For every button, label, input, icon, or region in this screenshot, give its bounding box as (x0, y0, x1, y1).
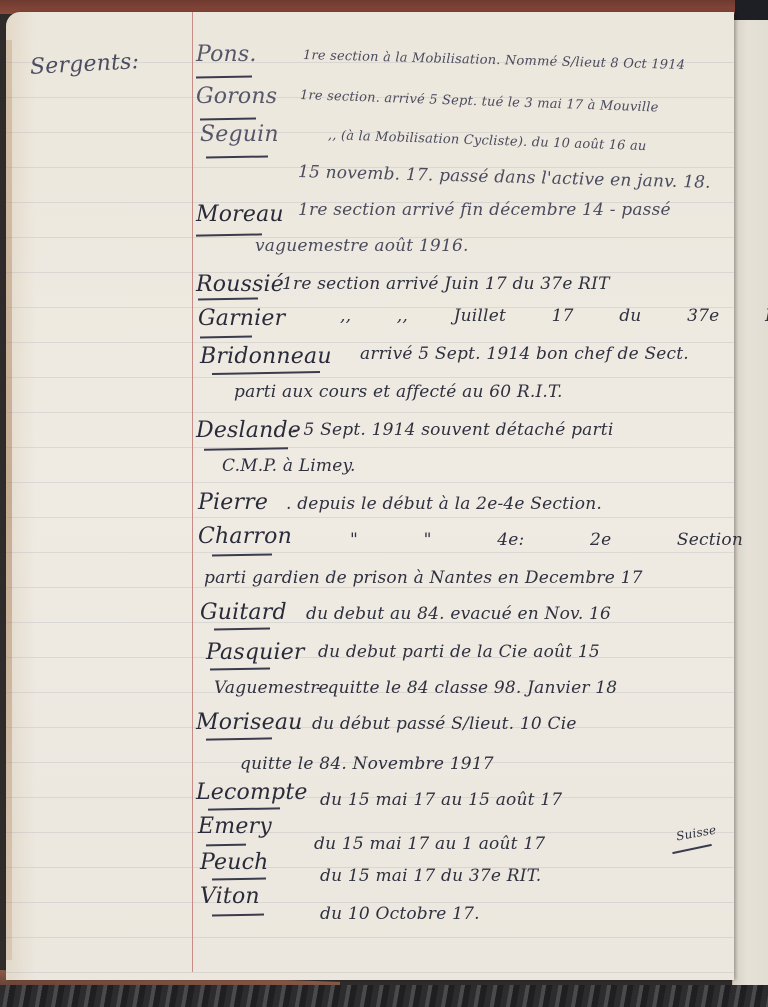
entry-text: du debut au 84. evacué en Nov. 16 (306, 604, 611, 624)
entry-name: Peuch (200, 850, 269, 875)
entry-name: Garnier (198, 306, 285, 331)
entry-text: C.M.P. à Limey. (222, 456, 356, 476)
binding-stain (6, 40, 12, 960)
entry-text: . depuis le début à la 2e-4e Section. (286, 494, 602, 514)
entry-name: Pierre (198, 490, 268, 515)
entry-text: du 15 mai 17 du 37e RIT. (320, 866, 541, 886)
entry-text: arrivé 5 Sept. 1914 bon chef de Sect. (360, 344, 689, 364)
entry-name: Moriseau (196, 710, 303, 735)
entry-name: Moreau (196, 202, 284, 227)
entry-name: Vaguemestre (214, 678, 329, 698)
entry-text: quitte le 84. Novembre 1917 (240, 754, 494, 774)
entry-text: du 15 mai 17 au 15 août 17 (320, 790, 562, 810)
entry-text: " " 4e: 2e Section (350, 530, 743, 550)
entry-text: ,, ,, Juillet 17 du 37e R.I.T. (340, 306, 768, 326)
fabric-background (0, 985, 768, 1007)
entry-name: Emery (198, 814, 272, 839)
entry-text: du debut parti de la Cie août 15 (318, 642, 600, 662)
next-page-edge (732, 20, 768, 985)
entry-text: vaguemestre août 1916. (255, 236, 469, 256)
entry-name: Guitard (200, 600, 287, 625)
entry-name: Roussié (196, 272, 284, 297)
entry-name: Pasquier (206, 640, 305, 665)
entry-name: Seguin (200, 122, 279, 147)
entry-text: 1re section arrivé fin décembre 14 - pas… (298, 200, 671, 220)
entry-text: 1re section arrivé Juin 17 du 37e RIT (282, 274, 610, 294)
entry-name: Bridonneau (200, 344, 332, 369)
entry-text: - 5 Sept. 1914 souvent détaché parti (292, 420, 613, 440)
entry-text: - quitte le 84 classe 98. Janvier 18 (316, 678, 617, 698)
ledger-photo: Sergents: Pons. 1re section à la Mobilis… (0, 0, 768, 1007)
entry-name: Viton (200, 884, 260, 909)
entry-name: Gorons (196, 84, 277, 109)
entry-text: du début passé S/lieut. 10 Cie (312, 714, 577, 734)
entry-name: Pons. (196, 42, 257, 67)
entry-name: Deslande (196, 418, 301, 443)
entry-name: Lecompte (196, 780, 308, 805)
entry-text: du 10 Octobre 17. (320, 904, 480, 924)
entry-text: parti gardien de prison à Nantes en Dece… (204, 568, 643, 588)
entry-text: parti aux cours et affecté au 60 R.I.T. (234, 382, 563, 402)
entry-text: du 15 mai 17 au 1 août 17 (314, 834, 545, 854)
entry-name: Charron (198, 524, 292, 549)
margin-line (192, 12, 193, 972)
